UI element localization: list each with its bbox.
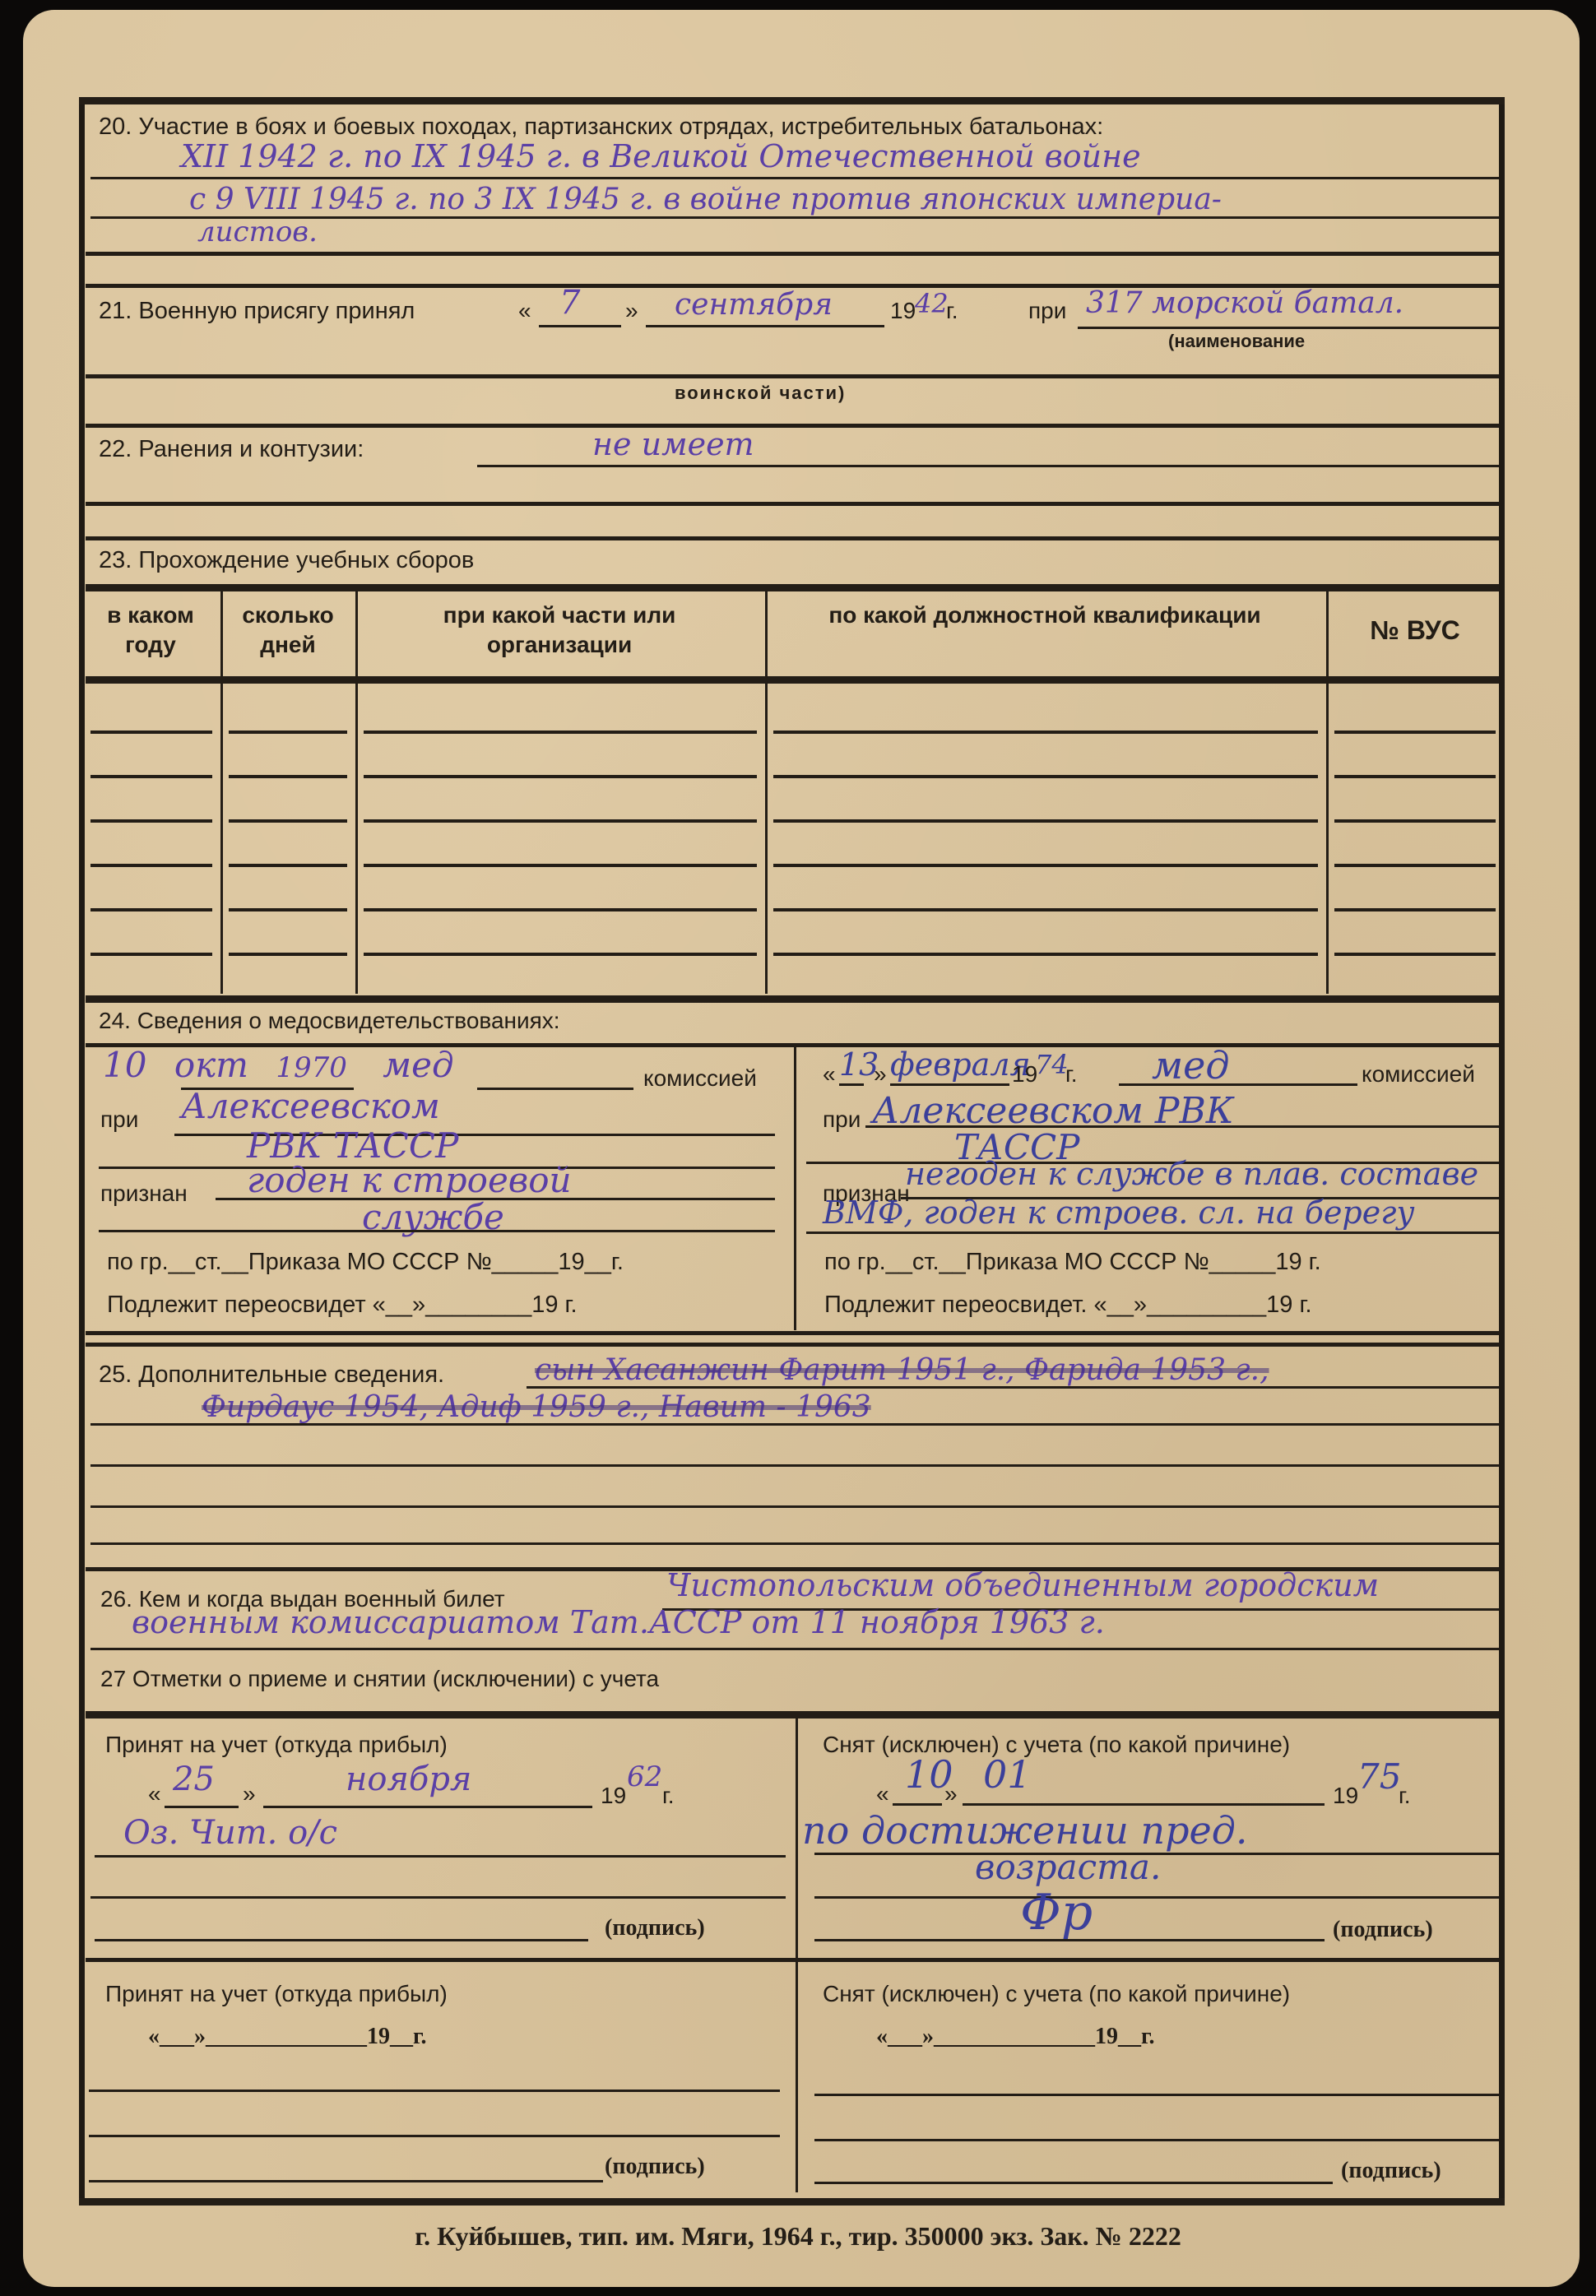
table-row-rule xyxy=(1334,864,1496,867)
rule xyxy=(89,2135,780,2137)
table-header-rule xyxy=(86,676,1499,684)
accepted-quote-open-1: « xyxy=(148,1781,161,1807)
oath-quote-close: » xyxy=(625,298,638,324)
removed-reason-2: возраста. xyxy=(975,1847,1161,1887)
accepted-signature-label-1: (подпись) xyxy=(605,1915,705,1941)
oath-at-label: при xyxy=(1028,298,1066,324)
table-row-rule xyxy=(773,775,1318,778)
rule xyxy=(86,502,1499,506)
rule xyxy=(839,1083,864,1086)
rule xyxy=(86,1958,1499,1962)
oath-quote-open: « xyxy=(518,298,531,324)
table-row-rule xyxy=(229,731,347,734)
removed-quote-open-1: « xyxy=(876,1781,889,1807)
section-23-label: 23. Прохождение учебных сборов xyxy=(99,547,474,574)
rule xyxy=(86,1343,1499,1347)
table-header-year: в каком году xyxy=(89,601,212,660)
table-row-rule xyxy=(364,864,757,867)
table-row-rule xyxy=(90,731,212,734)
accepted-quote-close-1: » xyxy=(243,1781,256,1807)
accepted-signature-label-2: (подпись) xyxy=(605,2154,705,2180)
section-20-line-3: листов. xyxy=(197,216,318,248)
rule xyxy=(814,2139,1499,2141)
medical-right-month: февраля xyxy=(890,1046,1031,1083)
table-row-rule xyxy=(229,775,347,778)
medical-left-recognized-value-1: годен к строевой xyxy=(247,1160,572,1200)
id-issued-by-line-1: Чистопольским объединенным городским xyxy=(666,1567,1379,1603)
medical-left-date: 10 окт 1970 мед xyxy=(103,1045,454,1085)
rule xyxy=(90,1542,1499,1545)
removed-signature-label-2: (подпись) xyxy=(1341,2158,1441,2184)
medical-left-order-line: по гр.__ст.__Приказа МО СССР №_____19__г… xyxy=(107,1249,624,1276)
medical-right-commission-label: комиссией xyxy=(1362,1061,1475,1088)
removed-label-2: Снят (исключен) с учета (по какой причин… xyxy=(823,1981,1290,2007)
table-row-rule xyxy=(1334,908,1496,911)
medical-left-month: окт xyxy=(174,1045,248,1085)
table-row-rule xyxy=(90,775,212,778)
medical-left-at-value-1: Алексеевском xyxy=(181,1086,440,1126)
rule xyxy=(90,1896,786,1899)
rule xyxy=(86,374,1499,378)
section-24-label: 24. Сведения о медосвидетельствованиях: xyxy=(99,1008,560,1034)
oath-unit: 317 морской батал. xyxy=(1086,286,1403,320)
medical-right-quote-close: » xyxy=(874,1061,887,1088)
medical-right-recognized-value-2: ВМФ, годен к строев. сл. на берегу xyxy=(823,1194,1415,1231)
table-row-rule xyxy=(229,864,347,867)
table-header-qualification: по какой должностной квалификации xyxy=(823,601,1267,630)
section-27-divider xyxy=(796,1715,798,2192)
rule xyxy=(90,1505,1499,1508)
section-25-label: 25. Дополнительные сведения. xyxy=(99,1361,444,1389)
additional-info-line-2: Фирдаус 1954, Адиф 1959 г., Навит - 1963 xyxy=(202,1390,871,1424)
medical-right-recognized-value-1: негоден к службе в плав. составе xyxy=(905,1156,1478,1192)
rule xyxy=(86,536,1499,540)
rule xyxy=(95,1855,786,1858)
rule xyxy=(814,1896,1499,1899)
medical-left-commission-type: мед xyxy=(383,1045,453,1085)
rule xyxy=(165,1806,239,1808)
rule xyxy=(89,2180,603,2182)
table-col-divider xyxy=(220,591,223,994)
rule xyxy=(99,1230,775,1232)
medical-left-commission-label: комиссией xyxy=(643,1065,757,1092)
removed-reason-1: по достижении пред. xyxy=(802,1808,1248,1853)
rule xyxy=(86,252,1499,256)
table-row-rule xyxy=(90,819,212,823)
medical-right-order-line: по гр.__ст.__Приказа МО СССР №_____19 г. xyxy=(824,1249,1321,1276)
rule xyxy=(963,1803,1325,1806)
printer-imprint: г. Куйбышев, тип. им. Мяги, 1964 г., тир… xyxy=(0,2221,1596,2252)
table-row-rule xyxy=(773,819,1318,823)
table-row-rule xyxy=(773,908,1318,911)
removed-quote-close-1: » xyxy=(944,1781,958,1807)
table-top-rule xyxy=(86,584,1499,591)
table-header-days: сколько дней xyxy=(222,601,354,660)
medical-left-recognized-label: признан xyxy=(100,1180,188,1207)
id-issued-by-line-2: военным комиссариатом Тат.АССР от 11 ноя… xyxy=(132,1604,1105,1640)
table-row-rule xyxy=(364,953,757,956)
table-row-rule xyxy=(1334,775,1496,778)
accepted-from-1: Оз. Чит. о/с xyxy=(123,1814,337,1852)
rule xyxy=(477,1088,633,1090)
table-row-rule xyxy=(229,819,347,823)
table-header-vus: № ВУС xyxy=(1333,615,1497,645)
rule xyxy=(90,1464,1499,1467)
table-col-divider xyxy=(1326,591,1329,994)
oath-year-suffix: г. xyxy=(946,298,958,324)
table-row-rule xyxy=(773,953,1318,956)
table-row-rule xyxy=(364,775,757,778)
table-row-rule xyxy=(90,908,212,911)
rule xyxy=(893,1803,942,1806)
oath-unit-caption-2: воинской части) xyxy=(675,383,846,404)
table-col-divider xyxy=(355,591,358,994)
accepted-year-prefix-1: 19 xyxy=(601,1783,626,1809)
table-row-rule xyxy=(364,908,757,911)
rule xyxy=(90,1423,1499,1426)
frame-bottom-rule xyxy=(79,2198,1505,2206)
table-header-unit: при какой части или организации xyxy=(387,601,732,660)
section-20-line-1: XII 1942 г. по IX 1945 г. в Великой Отеч… xyxy=(181,138,1141,174)
rule xyxy=(814,2182,1333,2184)
table-row-rule xyxy=(364,731,757,734)
rule xyxy=(814,2094,1499,2096)
rule xyxy=(86,1331,1499,1335)
accepted-label-2: Принят на учет (откуда прибыл) xyxy=(105,1981,448,2007)
wounds-value: не имеет xyxy=(592,426,754,462)
table-row-rule xyxy=(364,819,757,823)
oath-month: сентября xyxy=(675,288,833,322)
section-20-line-2: с 9 VIII 1945 г. по 3 IX 1945 г. в войне… xyxy=(189,183,1222,216)
rule xyxy=(527,1386,1499,1389)
table-row-rule xyxy=(90,864,212,867)
medical-left-at-label: при xyxy=(100,1106,138,1133)
removed-signature-label-1: (подпись) xyxy=(1333,1917,1433,1943)
section-24-divider xyxy=(794,1046,796,1330)
removed-month-1: 01 xyxy=(983,1752,1032,1797)
section-20-label: 20. Участие в боях и боевых походах, пар… xyxy=(99,114,1103,141)
medical-left-reexam-line: Подлежит переосвидет «__»________19 г. xyxy=(107,1292,578,1319)
section-27-label: 27 Отметки о приеме и снятии (исключении… xyxy=(100,1666,659,1692)
rule xyxy=(95,1939,588,1941)
rule xyxy=(90,177,1499,179)
accepted-label-1: Принят на учет (откуда прибыл) xyxy=(105,1732,448,1758)
table-col-divider xyxy=(765,591,768,994)
section-22-label: 22. Ранения и контузии: xyxy=(99,436,364,463)
section-21-label: 21. Военную присягу принял xyxy=(99,298,415,325)
medical-right-year: 74 xyxy=(1035,1049,1069,1080)
frame-top-rule xyxy=(79,97,1505,104)
oath-unit-caption-1: (наименование xyxy=(1168,331,1305,352)
table-row-rule xyxy=(229,908,347,911)
medical-right-year-prefix: 19 xyxy=(1012,1061,1037,1088)
medical-right-year-suffix: г. xyxy=(1065,1061,1078,1088)
table-row-rule xyxy=(90,953,212,956)
table-row-rule xyxy=(773,864,1318,867)
frame-left-border xyxy=(79,97,85,2205)
rule xyxy=(89,2090,780,2092)
rule xyxy=(86,424,1499,428)
removed-date-template-2: «___»______________19__г. xyxy=(876,2024,1155,2050)
rule xyxy=(806,1231,1499,1234)
table-row-rule xyxy=(1334,731,1496,734)
accepted-year-suffix-1: г. xyxy=(662,1783,675,1809)
table-row-rule xyxy=(229,953,347,956)
rule xyxy=(646,325,884,327)
additional-info-line-1: сын Хасанжин Фарит 1951 г., Фарида 1953 … xyxy=(535,1353,1269,1387)
oath-year: 42 xyxy=(915,288,949,319)
medical-right-reexam-line: Подлежит переосвидет. «__»_________19 г. xyxy=(824,1292,1312,1319)
rule xyxy=(477,465,1499,467)
removed-year-suffix-1: г. xyxy=(1399,1783,1411,1809)
medical-left-year: 1970 xyxy=(276,1051,347,1084)
removed-signature-1: Фр xyxy=(1020,1884,1093,1941)
medical-right-at-label: при xyxy=(823,1106,861,1133)
rule xyxy=(90,1648,1499,1650)
rule xyxy=(890,1083,1009,1086)
table-row-rule xyxy=(1334,819,1496,823)
medical-right-quote-open: « xyxy=(823,1061,836,1088)
rule xyxy=(539,325,621,327)
medical-right-commission-type: мед xyxy=(1152,1043,1230,1088)
table-row-rule xyxy=(1334,953,1496,956)
accepted-year-1: 62 xyxy=(627,1760,662,1793)
oath-year-prefix: 19 xyxy=(890,298,916,324)
removed-label-1: Снят (исключен) с учета (по какой причин… xyxy=(823,1732,1290,1758)
accepted-month-1: ноября xyxy=(346,1760,471,1798)
frame-right-border xyxy=(1499,97,1505,2205)
rule xyxy=(1078,327,1499,329)
removed-year-1: 75 xyxy=(1357,1756,1401,1797)
table-row-rule xyxy=(773,731,1318,734)
rule xyxy=(814,1939,1325,1941)
rule xyxy=(1119,1083,1357,1086)
accepted-date-template-2: «___»______________19__г. xyxy=(148,2024,427,2050)
medical-left-day: 10 xyxy=(103,1045,146,1085)
table-bottom-rule xyxy=(86,995,1499,1003)
rule xyxy=(86,1711,1499,1719)
accepted-day-1: 25 xyxy=(173,1760,215,1798)
removed-year-prefix-1: 19 xyxy=(1333,1783,1358,1809)
oath-day: 7 xyxy=(559,284,580,322)
rule xyxy=(263,1806,592,1808)
